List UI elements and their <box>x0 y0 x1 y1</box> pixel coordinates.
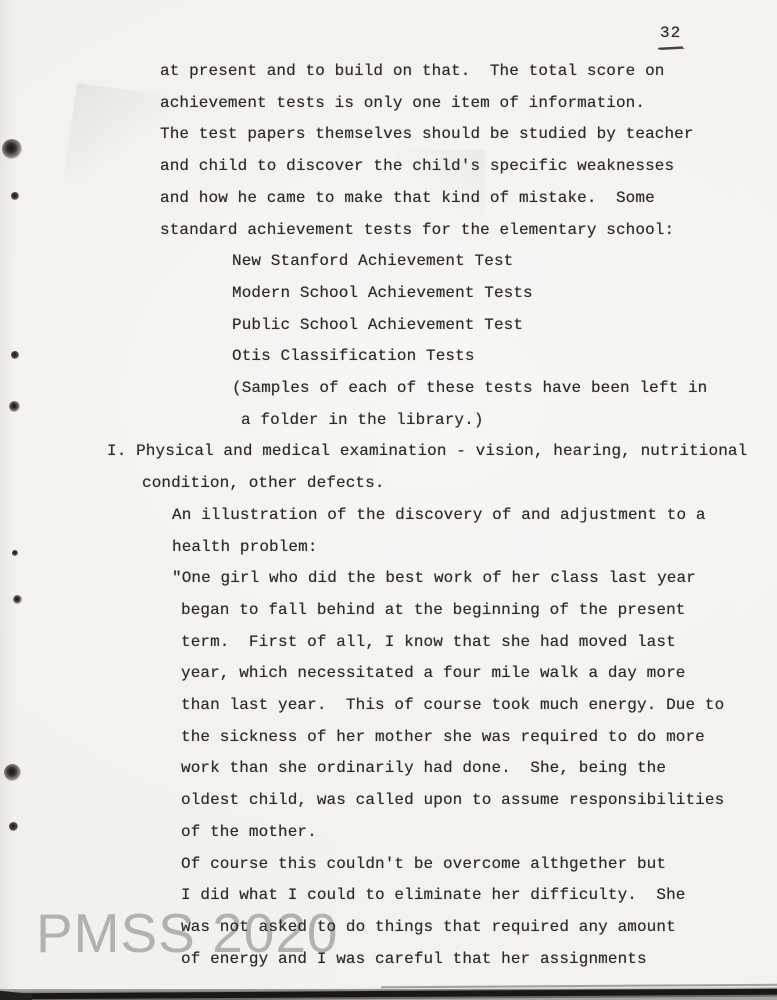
typewritten-line: than last year. This of course took much… <box>0 690 777 722</box>
typewritten-line: the sickness of her mother she was requi… <box>0 722 777 754</box>
typewritten-line: and child to discover the child's specif… <box>0 151 777 183</box>
typewritten-line: New Stanford Achievement Test <box>0 246 777 278</box>
typewritten-line: at present and to build on that. The tot… <box>0 56 777 88</box>
typewritten-line: of the mother. <box>0 817 777 849</box>
typewritten-line: "One girl who did the best work of her c… <box>0 563 777 595</box>
typewritten-line: began to fall behind at the beginning of… <box>0 595 777 627</box>
typewritten-line: term. First of all, I know that she had … <box>0 627 777 659</box>
typewritten-line: Otis Classification Tests <box>0 341 777 373</box>
typewritten-line: achievement tests is only one item of in… <box>0 88 777 120</box>
typewritten-line: condition, other defects. <box>0 468 777 500</box>
typewritten-line: a folder in the library.) <box>0 405 777 437</box>
typewritten-line: work than she ordinarily had done. She, … <box>0 753 777 785</box>
typewritten-line: Modern School Achievement Tests <box>0 278 777 310</box>
typewritten-line: Of course this couldn't be overcome alth… <box>0 849 777 881</box>
typewritten-text-block: at present and to build on that. The tot… <box>0 56 777 975</box>
page-number-underline <box>658 46 683 49</box>
page-edge-shadow-line <box>381 984 777 988</box>
typewritten-line: An illustration of the discovery of and … <box>0 500 777 532</box>
typewritten-line: I. Physical and medical examination - vi… <box>0 436 777 468</box>
typewritten-line: I did what I could to eliminate her diff… <box>0 880 777 912</box>
typewritten-line: The test papers themselves should be stu… <box>0 119 777 151</box>
typewritten-line: year, which necessitated a four mile wal… <box>0 658 777 690</box>
scanned-document-page: 32 PMSS 2020 at present and to build on … <box>0 0 777 1000</box>
page-number: 32 <box>660 24 681 42</box>
typewritten-line: (Samples of each of these tests have bee… <box>0 373 777 405</box>
typewritten-line: was not asked to do things that required… <box>0 912 777 944</box>
typewritten-line: health problem: <box>0 532 777 564</box>
typewritten-line: and how he came to make that kind of mis… <box>0 183 777 215</box>
typewritten-line: Public School Achievement Test <box>0 310 777 342</box>
typewritten-line: of energy and I was careful that her ass… <box>0 944 777 976</box>
typewritten-line: standard achievement tests for the eleme… <box>0 215 777 247</box>
typewritten-line: oldest child, was called upon to assume … <box>0 785 777 817</box>
